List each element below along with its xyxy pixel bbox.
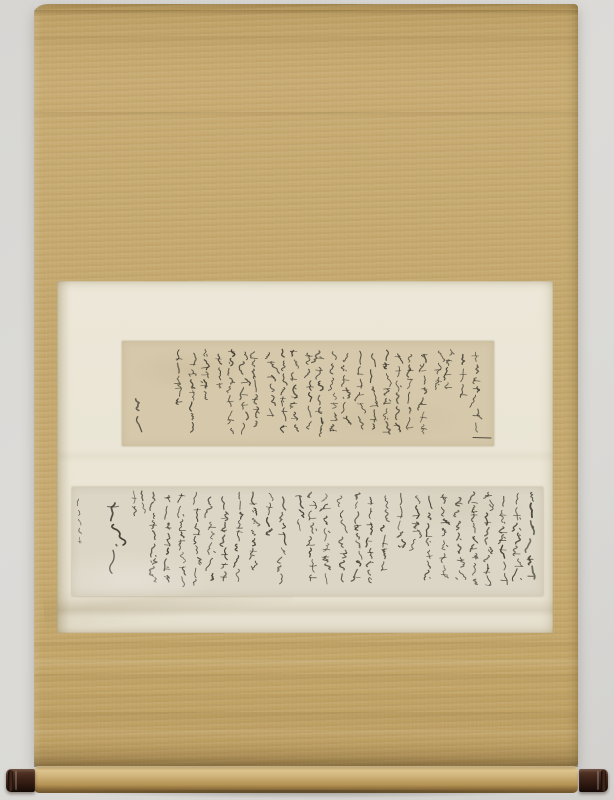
lower-calligraphy-ink (72, 487, 543, 596)
upper-calligraphy-ink (122, 341, 494, 446)
knob-highlight-ring (597, 771, 599, 790)
photo-of-hanging-scroll (0, 0, 614, 800)
roller-curvature-shadow (34, 742, 578, 767)
lower-calligraphy-panel (72, 487, 543, 596)
upper-calligraphy-panel (122, 341, 494, 446)
cast-shadow (16, 790, 596, 800)
knob-end-cap (8, 770, 13, 791)
mount-fold-shadow (57, 449, 553, 463)
mount-edge-shadow (57, 281, 70, 633)
knob-end-cap (601, 770, 606, 791)
knob-highlight-ring (15, 771, 17, 790)
roller-knob-left (6, 769, 35, 792)
roller-knob-right (579, 769, 608, 792)
roller-rod (34, 766, 578, 793)
